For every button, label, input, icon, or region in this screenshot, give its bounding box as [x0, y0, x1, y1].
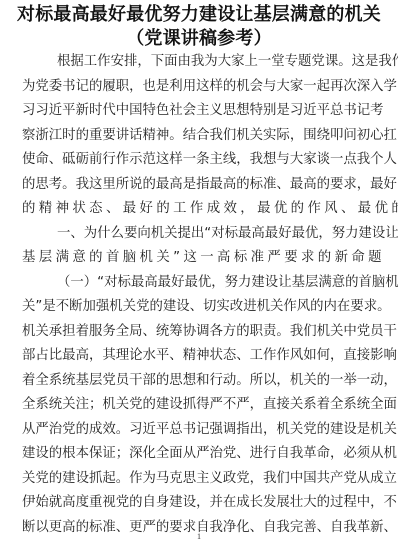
- body-line: 根据工作安排，下面由我为大家上一堂专题党课。这是我作: [57, 52, 371, 72]
- body-line: 的精神状态、最好的工作成效，最优的作风、最优的服务。: [22, 199, 371, 219]
- body-line: 使命、砥砺前行作示范这样一条主线，我想与大家谈一点我个人: [22, 150, 371, 170]
- body-line: 部占比最高，其理论水平、精神状态、工作作风如何，直接影响: [22, 346, 371, 366]
- body-line: 着全系统基层党员干部的思想和行动。所以，机关的一举一动，: [22, 371, 371, 391]
- section-heading-line: 一、为什么要向机关提出“对标最高最好最优，努力建设让: [57, 224, 371, 244]
- body-line: 机关承担着服务全局、统筹协调各方的职责。我们机关中党员干: [22, 322, 371, 342]
- body-line: 关”是不断加强机关党的建设、切实改进机关作风的内在要求。: [22, 297, 371, 317]
- body-line: 察浙江时的重要讲话精神。结合我们机关实际，围绕叩问初心扛: [22, 126, 371, 146]
- page-number: 1: [0, 532, 398, 541]
- body-line: 伊始就高度重视党的自身建设，并在成长发展壮大的过程中，不: [22, 493, 371, 513]
- body-line: 的思考。我这里所说的最高是指最高的标准、最高的要求，最好: [22, 175, 371, 195]
- body-line: 为党委书记的履职，也是利用这样的机会与大家一起再次深入学: [22, 77, 371, 97]
- body-line: 关党的建设抓起。作为马克思主义政党，我们中国共产党从成立: [22, 469, 371, 489]
- document-subtitle: （党课讲稿参考）: [0, 28, 398, 50]
- body-line: 习习近平新时代中国特色社会主义思想特别是习近平总书记考: [22, 101, 371, 121]
- body-line: 从严治党的成效。习近平总书记强调指出，机关党的建设是机关: [22, 420, 371, 440]
- document-page: 对标最高最好最优努力建设让基层满意的机关 （党课讲稿参考） 根据工作安排，下面由…: [0, 0, 398, 550]
- body-line: （一）“对标最高最好最优，努力建设让基层满意的首脑机: [57, 273, 371, 293]
- document-title: 对标最高最好最优努力建设让基层满意的机关: [0, 4, 398, 26]
- section-heading-line: 基层满意的首脑机关”这一高标准严要求的新命题: [22, 248, 371, 268]
- body-line: 全系统关注；机关党的建设抓得严不严，直接关系着全系统全面: [22, 395, 371, 415]
- body-line: 建设的根本保证；深化全面从严治党、进行自我革命，必须从机: [22, 444, 371, 464]
